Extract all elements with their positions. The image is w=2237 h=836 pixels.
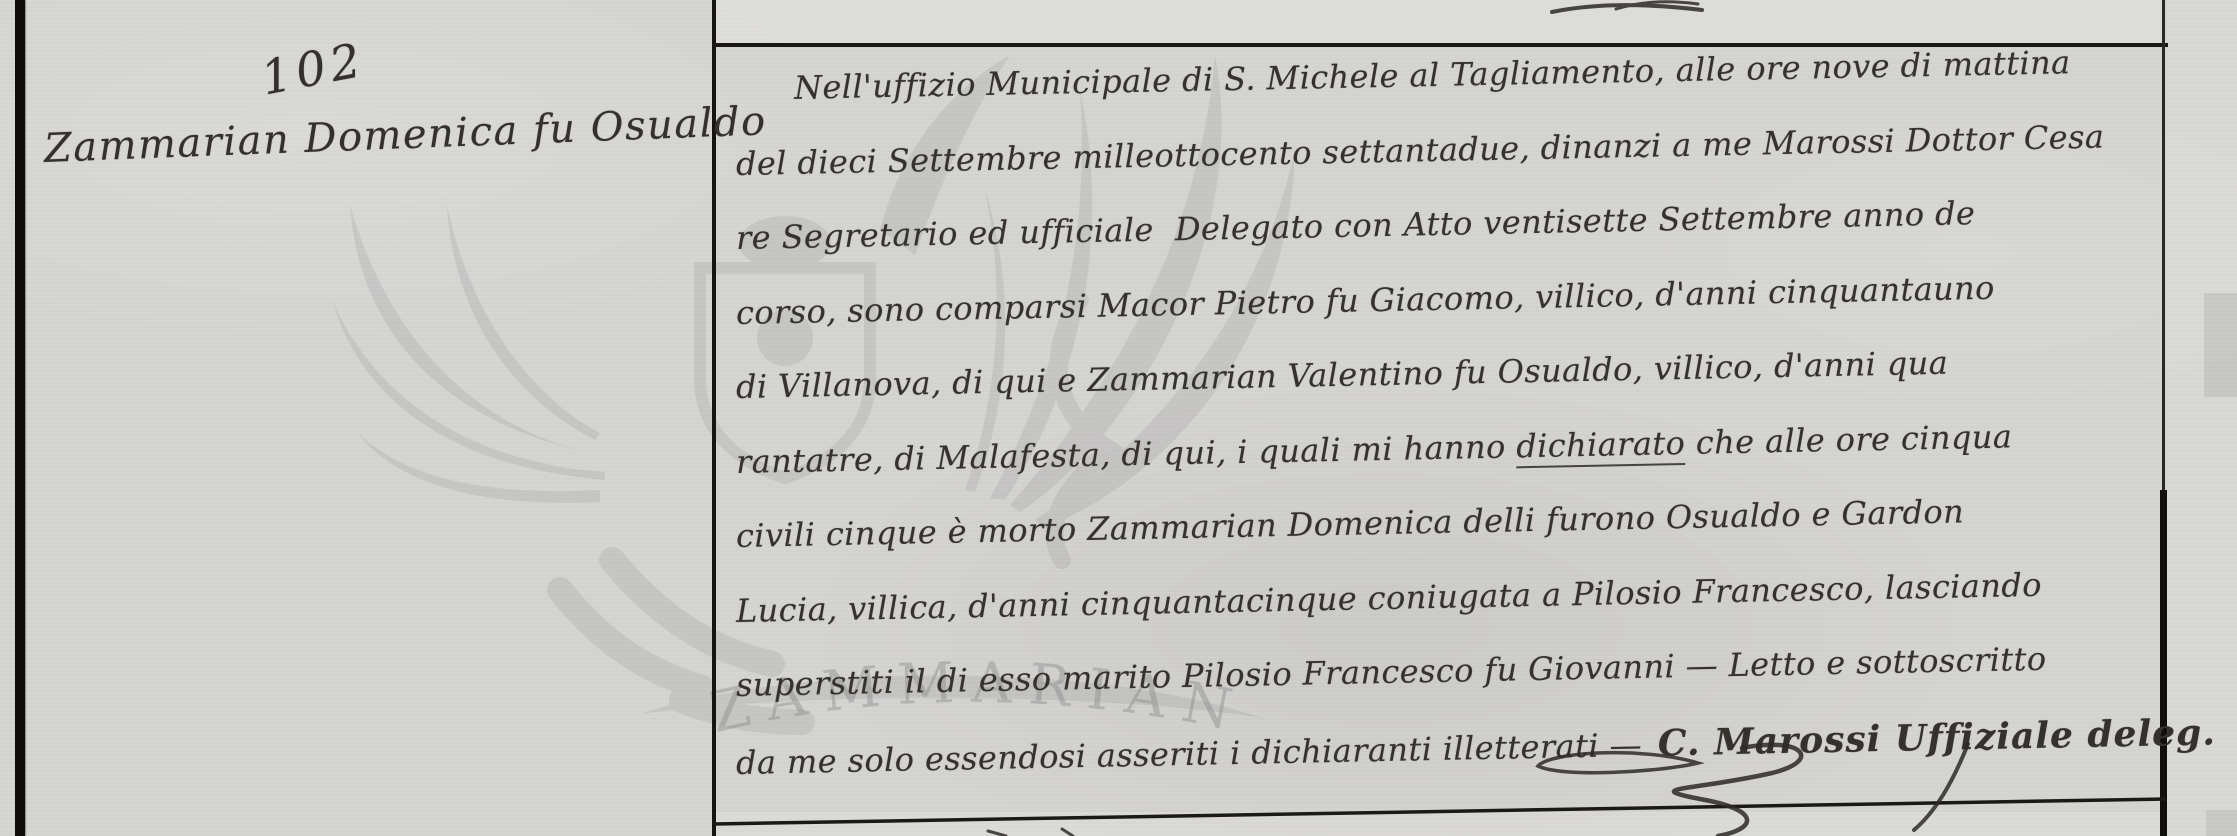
ink-flourishes-and-bottom-rule [0, 0, 2237, 836]
next-record-stroke-fragment [1062, 829, 1073, 836]
descender-stroke [1914, 744, 1968, 830]
signature-paraph-loop [1538, 753, 1698, 773]
record-bottom-border-line [714, 799, 2166, 824]
signature-paraph-flourish [1674, 745, 1801, 836]
next-record-stroke-fragment [988, 831, 1006, 836]
registry-page: ZAMMARIAN 102 Zammarian Domenica fu Osua… [0, 0, 2237, 836]
